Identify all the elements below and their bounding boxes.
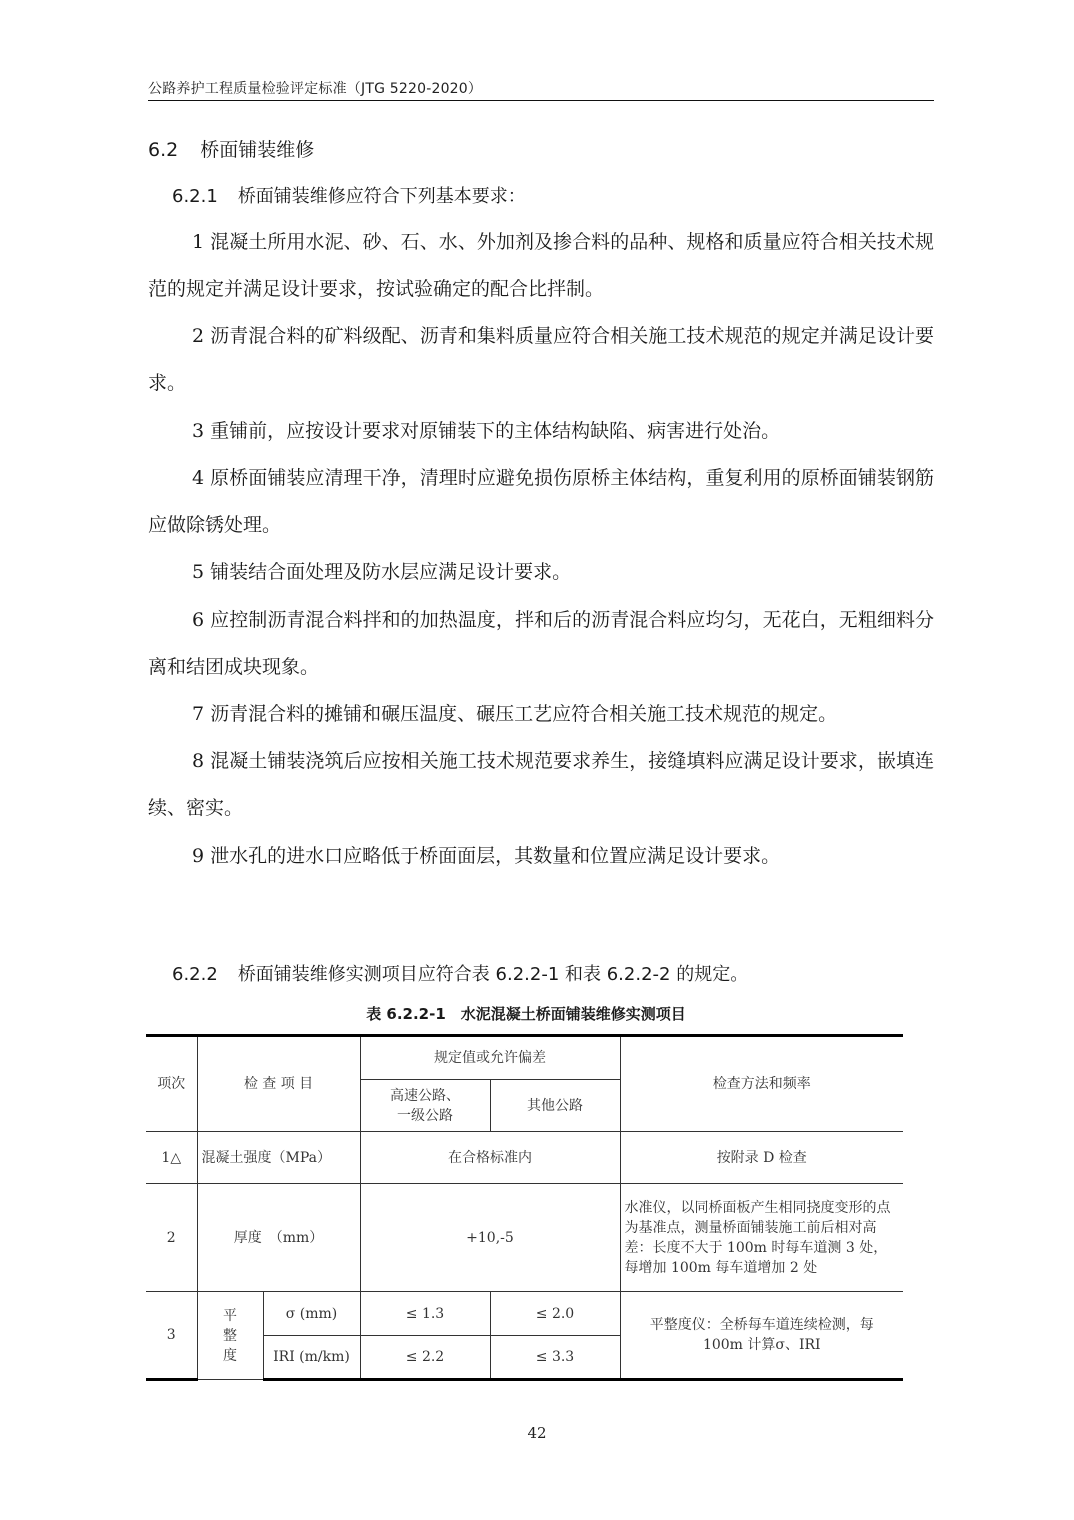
sub-item-other: ≤ 3.3	[490, 1336, 620, 1380]
clause-number: 6.2.2	[172, 964, 218, 985]
header-other: 其他公路	[490, 1080, 620, 1132]
requirement-5: 5 铺装结合面处理及防水层应满足设计要求。	[148, 549, 934, 596]
table-row: 2 厚度 （mm） +10,-5 水准仪，以同桥面板产生相同挠度变形的点为基准点…	[146, 1184, 903, 1292]
page-number: 42	[0, 1424, 1074, 1442]
clause-6-2-1: 6.2.1桥面铺装维修应符合下列基本要求：	[172, 182, 526, 208]
requirement-3: 3 重铺前，应按设计要求对原铺装下的主体结构缺陷、病害进行处治。	[148, 408, 934, 455]
inspection-table: 项次 检 查 项 目 规定值或允许偏差 检查方法和频率 高速公路、一级公路 其他…	[146, 1034, 903, 1381]
table-row: 1△ 混凝土强度（MPa） 在合格标准内 按附录 D 检查	[146, 1132, 903, 1184]
clause-number: 6.2.1	[172, 186, 218, 207]
sub-item-name: IRI (m/km)	[263, 1336, 360, 1380]
header-check-item: 检 查 项 目	[197, 1036, 360, 1132]
row-item: 厚度 （mm）	[197, 1184, 360, 1292]
clause-6-2-2: 6.2.2桥面铺装维修实测项目应符合表 6.2.2-1 和表 6.2.2-2 的…	[172, 960, 748, 986]
row-value: 在合格标准内	[360, 1132, 620, 1184]
row-item: 混凝土强度（MPa）	[197, 1132, 360, 1184]
row-item: 平整度	[197, 1292, 263, 1380]
section-title: 6.2桥面铺装维修	[148, 135, 314, 162]
clause-text: 桥面铺装维修应符合下列基本要求：	[238, 186, 526, 207]
requirement-8: 8 混凝土铺装浇筑后应按相关施工技术规范要求养生，接缝填料应满足设计要求，嵌填连…	[148, 738, 934, 832]
header-rule	[148, 100, 934, 101]
row-method: 水准仪，以同桥面板产生相同挠度变形的点为基准点，测量桥面铺装施工前后相对高差：长…	[620, 1184, 903, 1292]
header-item-no: 项次	[146, 1036, 197, 1132]
requirement-9: 9 泄水孔的进水口应略低于桥面面层，其数量和位置应满足设计要求。	[148, 833, 934, 880]
sub-item-highway: ≤ 1.3	[360, 1292, 490, 1336]
sub-item-name: σ (mm)	[263, 1292, 360, 1336]
table-row: 3 平整度 σ (mm) ≤ 1.3 ≤ 2.0 平整度仪：全桥每车道连续检测，…	[146, 1292, 903, 1336]
section-number: 6.2	[148, 139, 178, 161]
header-method: 检查方法和频率	[620, 1036, 903, 1132]
sub-item-other: ≤ 2.0	[490, 1292, 620, 1336]
sub-item-highway: ≤ 2.2	[360, 1336, 490, 1380]
requirement-4: 4 原桥面铺装应清理干净，清理时应避免损伤原桥主体结构，重复利用的原桥面铺装钢筋…	[148, 455, 934, 549]
row-no: 2	[146, 1184, 197, 1292]
requirement-1: 1 混凝土所用水泥、砂、石、水、外加剂及掺合料的品种、规格和质量应符合相关技术规…	[148, 219, 934, 313]
row-item-text: 平整度	[223, 1306, 237, 1366]
header-highway: 高速公路、一级公路	[360, 1080, 490, 1132]
clause-text: 桥面铺装维修实测项目应符合表 6.2.2-1 和表 6.2.2-2 的规定。	[238, 964, 748, 985]
row-value: +10,-5	[360, 1184, 620, 1292]
requirement-7: 7 沥青混合料的摊铺和碾压温度、碾压工艺应符合相关施工技术规范的规定。	[148, 691, 934, 738]
row-no: 3	[146, 1292, 197, 1380]
row-method: 按附录 D 检查	[620, 1132, 903, 1184]
row-method: 平整度仪：全桥每车道连续检测，每 100m 计算σ、IRI	[620, 1292, 903, 1380]
row-no: 1△	[146, 1132, 197, 1184]
section-title-text: 桥面铺装维修	[200, 139, 314, 161]
header-tolerance: 规定值或允许偏差	[360, 1036, 620, 1080]
table-caption: 表 6.2.2-1 水泥混凝土桥面铺装维修实测项目	[148, 1003, 904, 1024]
requirement-2: 2 沥青混合料的矿料级配、沥青和集料质量应符合相关施工技术规范的规定并满足设计要…	[148, 313, 934, 407]
requirement-6: 6 应控制沥青混合料拌和的加热温度，拌和后的沥青混合料应均匀，无花白，无粗细料分…	[148, 597, 934, 691]
running-header: 公路养护工程质量检验评定标准（JTG 5220-2020）	[148, 78, 934, 98]
